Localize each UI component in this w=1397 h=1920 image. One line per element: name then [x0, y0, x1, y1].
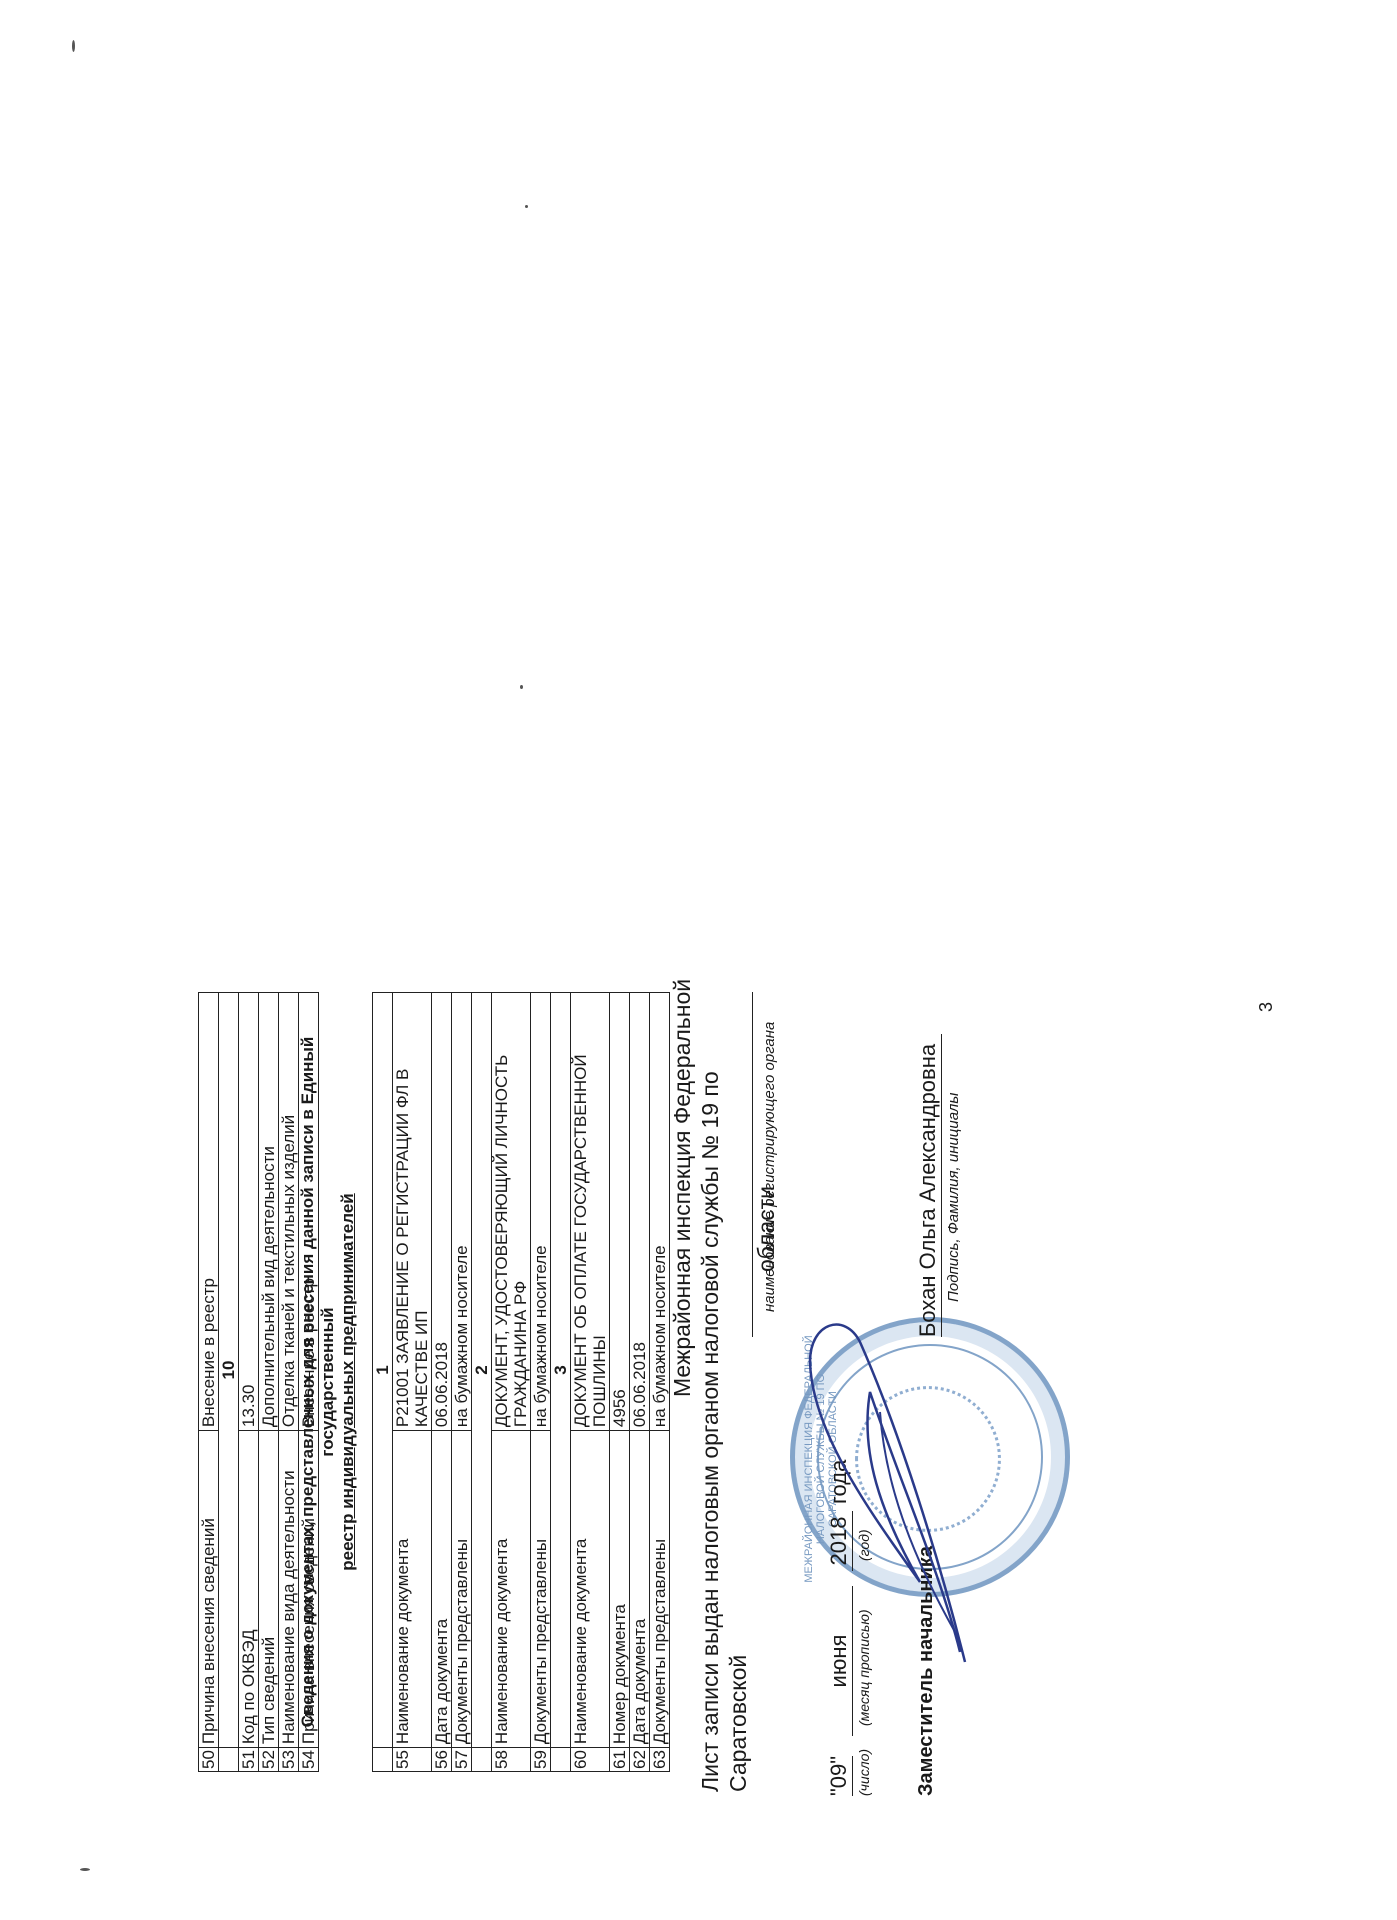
rotated-document-sheet: 50 Причина внесения сведений Внесение в … [190, 792, 1190, 1792]
row-label: Документы представлены [531, 1431, 551, 1748]
row-number: 62 [630, 1748, 650, 1772]
handwritten-signature [750, 1292, 1010, 1812]
row-value: Отделка тканей и текстильных изделий [279, 993, 299, 1431]
table-row: 59 Документы представлены на бумажном но… [531, 993, 551, 1772]
row-value: ДОКУМЕНТ, УДОСТОВЕРЯЮЩИЙ ЛИЧНОСТЬ ГРАЖДА… [492, 993, 531, 1431]
row-number: 61 [610, 1748, 630, 1772]
row-number: 57 [452, 1748, 472, 1772]
group-number: 2 [472, 993, 492, 1748]
scan-speck [525, 205, 528, 208]
table-row: 62 Дата документа 06.06.2018 [630, 993, 650, 1772]
heading-line-2: реестр индивидуальных предпринимателей [338, 992, 358, 1772]
scan-speck [80, 1868, 90, 1871]
group-row: 3 [551, 993, 571, 1772]
table-row: 55 Наименование документа Р21001 ЗАЯВЛЕН… [393, 993, 432, 1772]
table-row: 57 Документы представлены на бумажном но… [452, 993, 472, 1772]
row-label: Дата документа [432, 1431, 452, 1748]
table-row: 50 Причина внесения сведений Внесение в … [199, 993, 219, 1772]
row-number: 51 [239, 1748, 259, 1772]
documents-section-heading: Сведения о документах, представленных дл… [298, 992, 358, 1772]
row-number: 52 [259, 1748, 279, 1772]
scan-speck [520, 685, 523, 689]
row-value: на бумажном носителе [650, 993, 670, 1431]
group-row: 10 [219, 993, 239, 1772]
group-row: 2 [472, 993, 492, 1772]
row-value: 4956 [610, 993, 630, 1431]
row-label: Причина внесения сведений [199, 1431, 219, 1748]
row-value: на бумажном носителе [452, 993, 472, 1431]
issuer-caption: наименование регистрирующего органа [756, 1022, 784, 1312]
row-label: Наименование документа [571, 1431, 610, 1748]
row-label: Код по ОКВЭД [239, 1431, 259, 1748]
issuer-line-2: Лист записи выдан налоговым органом нало… [696, 972, 752, 1792]
row-value: 06.06.2018 [432, 993, 452, 1431]
table-row: 52 Тип сведений Дополнительный вид деяте… [259, 993, 279, 1772]
group-number: 3 [551, 993, 571, 1748]
row-number: 56 [432, 1748, 452, 1772]
signer-caption: Подпись, Фамилия, инициалы [945, 1093, 962, 1302]
table-row: 58 Наименование документа ДОКУМЕНТ, УДОС… [492, 993, 531, 1772]
row-label: Дата документа [630, 1431, 650, 1748]
row-value: на бумажном носителе [531, 993, 551, 1431]
row-number: 53 [279, 1748, 299, 1772]
row-label: Номер документа [610, 1431, 630, 1748]
issuer-underline [752, 992, 753, 1337]
row-value: Р21001 ЗАЯВЛЕНИЕ О РЕГИСТРАЦИИ ФЛ В КАЧЕ… [393, 993, 432, 1431]
page-number: 3 [1256, 1002, 1277, 1012]
row-label: Наименование вида деятельности [279, 1431, 299, 1748]
group-number: 1 [373, 993, 393, 1748]
row-number: 50 [199, 1748, 219, 1772]
table-row: 63 Документы представлены на бумажном но… [650, 993, 670, 1772]
row-label: Тип сведений [259, 1431, 279, 1748]
row-value: ДОКУМЕНТ ОБ ОПЛАТЕ ГОСУДАРСТВЕННОЙ ПОШЛИ… [571, 993, 610, 1431]
row-value: 06.06.2018 [630, 993, 650, 1431]
table-row: 51 Код по ОКВЭД 13.30 [239, 993, 259, 1772]
row-value: Дополнительный вид деятельности [259, 993, 279, 1431]
row-value: Внесение в реестр [199, 993, 219, 1431]
issuer-line-1: Межрайонная инспекция Федеральной [668, 972, 696, 1792]
table-row: 60 Наименование документа ДОКУМЕНТ ОБ ОП… [571, 993, 610, 1772]
row-number: 63 [650, 1748, 670, 1772]
row-label: Наименование документа [492, 1431, 531, 1748]
table-row: 61 Номер документа 4956 [610, 993, 630, 1772]
row-label: Документы представлены [650, 1431, 670, 1748]
table-row: 53 Наименование вида деятельности Отделк… [279, 993, 299, 1772]
table-row: 56 Дата документа 06.06.2018 [432, 993, 452, 1772]
scan-speck [72, 40, 75, 52]
row-label: Наименование документа [393, 1431, 432, 1748]
row-number: 59 [531, 1748, 551, 1772]
heading-line-1: Сведения о документах, представленных дл… [298, 992, 338, 1772]
row-label: Документы представлены [452, 1431, 472, 1748]
row-number: 60 [571, 1748, 610, 1772]
documents-table: 1 55 Наименование документа Р21001 ЗАЯВЛ… [372, 992, 670, 1772]
group-row: 1 [373, 993, 393, 1772]
row-value: 13.30 [239, 993, 259, 1431]
row-number: 55 [393, 1748, 432, 1772]
group-number: 10 [219, 993, 239, 1748]
row-number: 58 [492, 1748, 531, 1772]
